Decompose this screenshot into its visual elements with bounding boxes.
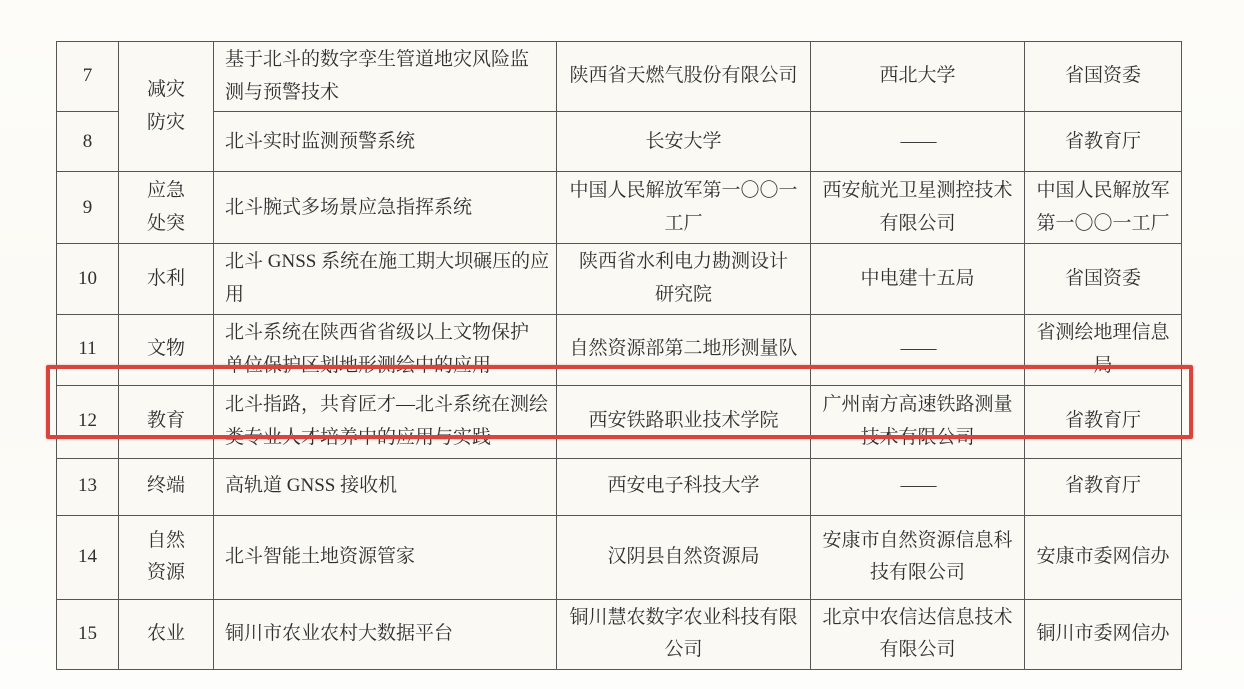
table-row-10: 10 水利 北斗 GNSS 系统在施工期大坝碾压的应 用 陕西省水利电力勘测设计…: [57, 244, 1182, 314]
cell-serial-number: 11: [57, 314, 119, 385]
cell-recommending-department: 省教育厅: [1025, 112, 1182, 172]
cell-category: 文物: [119, 314, 214, 385]
cell-partner-organization: 西北大学: [811, 42, 1025, 112]
table-row-13: 13 终端 高轨道 GNSS 接收机 西安电子科技大学 —— 省教育厅: [57, 458, 1182, 515]
cell-partner-organization-empty: ——: [811, 314, 1025, 385]
cell-partner-organization: 中电建十五局: [811, 244, 1025, 314]
cell-category: 减灾 防灾: [119, 42, 214, 172]
cell-project-name: 北斗智能土地资源管家: [214, 515, 557, 599]
table-row-14: 14 自然 资源 北斗智能土地资源管家 汉阴县自然资源局 安康市自然资源信息科 …: [57, 515, 1182, 599]
cell-recommending-department: 铜川市委网信办: [1025, 599, 1182, 669]
cell-recommending-department: 安康市委网信办: [1025, 515, 1182, 599]
cell-project-name: 北斗实时监测预警系统: [214, 112, 557, 172]
cell-category: 应急 处突: [119, 172, 214, 244]
cell-category: 终端: [119, 458, 214, 515]
table-row-8: 8 北斗实时监测预警系统 长安大学 —— 省教育厅: [57, 112, 1182, 172]
cell-lead-organization: 陕西省水利电力勘测设计 研究院: [557, 244, 811, 314]
cell-lead-organization: 自然资源部第二地形测量队: [557, 314, 811, 385]
table-row-12-highlighted: 12 教育 北斗指路，共育匠才—北斗系统在测绘 类专业人才培养中的应用与实践 西…: [57, 385, 1182, 458]
cell-recommending-department: 省国资委: [1025, 244, 1182, 314]
table-row-9: 9 应急 处突 北斗腕式多场景应急指挥系统 中国人民解放军第一〇〇一 工厂 西安…: [57, 172, 1182, 244]
cell-project-name: 北斗腕式多场景应急指挥系统: [214, 172, 557, 244]
cell-recommending-department: 中国人民解放军 第一〇〇一工厂: [1025, 172, 1182, 244]
cell-serial-number: 8: [57, 112, 119, 172]
cell-project-name: 基于北斗的数字孪生管道地灾风险监 测与预警技术: [214, 42, 557, 112]
cell-recommending-department: 省教育厅: [1025, 385, 1182, 458]
table-row-11: 11 文物 北斗系统在陕西省省级以上文物保护 单位保护区划地形测绘中的应用 自然…: [57, 314, 1182, 385]
cell-recommending-department: 省教育厅: [1025, 458, 1182, 515]
cell-partner-organization-empty: ——: [811, 112, 1025, 172]
beidou-project-table: 7 减灾 防灾 基于北斗的数字孪生管道地灾风险监 测与预警技术 陕西省天燃气股份…: [56, 41, 1182, 670]
cell-partner-organization: 西安航光卫星测控技术 有限公司: [811, 172, 1025, 244]
cell-serial-number: 9: [57, 172, 119, 244]
cell-serial-number: 15: [57, 599, 119, 669]
cell-recommending-department: 省测绘地理信息 局: [1025, 314, 1182, 385]
cell-lead-organization: 中国人民解放军第一〇〇一 工厂: [557, 172, 811, 244]
cell-partner-organization: 安康市自然资源信息科 技有限公司: [811, 515, 1025, 599]
cell-lead-organization: 西安铁路职业技术学院: [557, 385, 811, 458]
cell-partner-organization: 广州南方高速铁路测量 技术有限公司: [811, 385, 1025, 458]
cell-category: 农业: [119, 599, 214, 669]
cell-project-name: 北斗 GNSS 系统在施工期大坝碾压的应 用: [214, 244, 557, 314]
cell-serial-number: 13: [57, 458, 119, 515]
cell-serial-number: 14: [57, 515, 119, 599]
cell-project-name: 北斗系统在陕西省省级以上文物保护 单位保护区划地形测绘中的应用: [214, 314, 557, 385]
cell-lead-organization: 陕西省天燃气股份有限公司: [557, 42, 811, 112]
table-row-7: 7 减灾 防灾 基于北斗的数字孪生管道地灾风险监 测与预警技术 陕西省天燃气股份…: [57, 42, 1182, 112]
cell-lead-organization: 西安电子科技大学: [557, 458, 811, 515]
scanned-document-page: 7 减灾 防灾 基于北斗的数字孪生管道地灾风险监 测与预警技术 陕西省天燃气股份…: [0, 0, 1244, 689]
cell-serial-number: 12: [57, 385, 119, 458]
table-row-15: 15 农业 铜川市农业农村大数据平台 铜川慧农数字农业科技有限 公司 北京中农信…: [57, 599, 1182, 669]
cell-partner-organization-empty: ——: [811, 458, 1025, 515]
cell-recommending-department: 省国资委: [1025, 42, 1182, 112]
cell-category: 水利: [119, 244, 214, 314]
cell-project-name: 北斗指路，共育匠才—北斗系统在测绘 类专业人才培养中的应用与实践: [214, 385, 557, 458]
cell-serial-number: 7: [57, 42, 119, 112]
cell-lead-organization: 汉阴县自然资源局: [557, 515, 811, 599]
cell-lead-organization: 长安大学: [557, 112, 811, 172]
cell-lead-organization: 铜川慧农数字农业科技有限 公司: [557, 599, 811, 669]
cell-partner-organization: 北京中农信达信息技术 有限公司: [811, 599, 1025, 669]
cell-project-name: 高轨道 GNSS 接收机: [214, 458, 557, 515]
cell-category: 自然 资源: [119, 515, 214, 599]
cell-serial-number: 10: [57, 244, 119, 314]
cell-category: 教育: [119, 385, 214, 458]
cell-project-name: 铜川市农业农村大数据平台: [214, 599, 557, 669]
